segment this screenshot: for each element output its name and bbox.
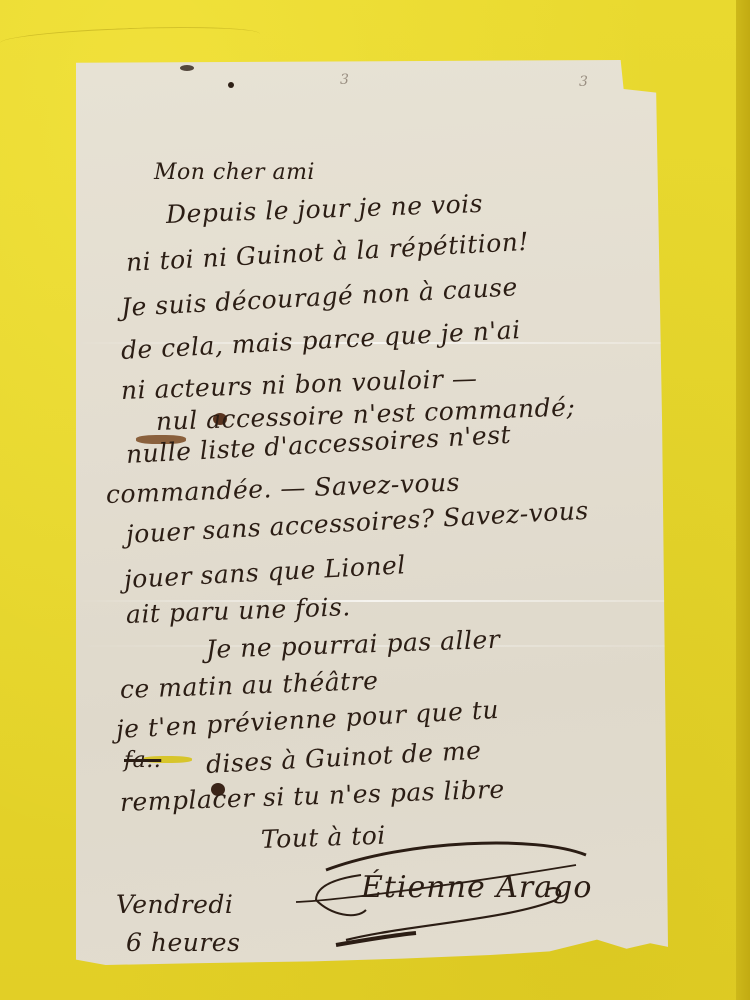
struck-word: fa.. (124, 748, 161, 773)
ink-blot (180, 65, 194, 71)
letter-paper: 3 3 Mon cher ami Depuis le jour je ne vo… (76, 60, 668, 965)
archival-number: 3 (340, 72, 349, 88)
signature: Étienne Arago (286, 830, 616, 960)
background-right-edge (736, 0, 750, 1000)
letter-line: ni toi ni Guinot à la répétition! (125, 227, 529, 277)
archival-number: 3 (579, 74, 588, 90)
letter-line: ce matin au théâtre (119, 666, 378, 704)
letter-line: Je suis découragé non à cause (120, 272, 518, 322)
letter-line: commandée. — Savez-vous (105, 468, 460, 509)
signature-name: Étienne Arago (361, 870, 592, 905)
letter-line: Depuis le jour je ne vois (165, 189, 483, 229)
letter-line: dises à Guinot de me (205, 736, 482, 779)
letter-line: ait paru une fois. (125, 592, 351, 629)
letter-line: remplacer si tu n'es pas libre (119, 775, 505, 817)
letter-line: de cela, mais parce que je n'ai (120, 315, 521, 365)
ink-blot (228, 82, 234, 88)
salutation: Mon cher ami (154, 160, 315, 185)
dateline-day: Vendredi (116, 890, 233, 919)
letter-line: jouer sans que Lionel (123, 550, 406, 594)
letter-line: Je ne pourrai pas aller (205, 625, 500, 664)
dateline-time: 6 heures (126, 928, 240, 957)
